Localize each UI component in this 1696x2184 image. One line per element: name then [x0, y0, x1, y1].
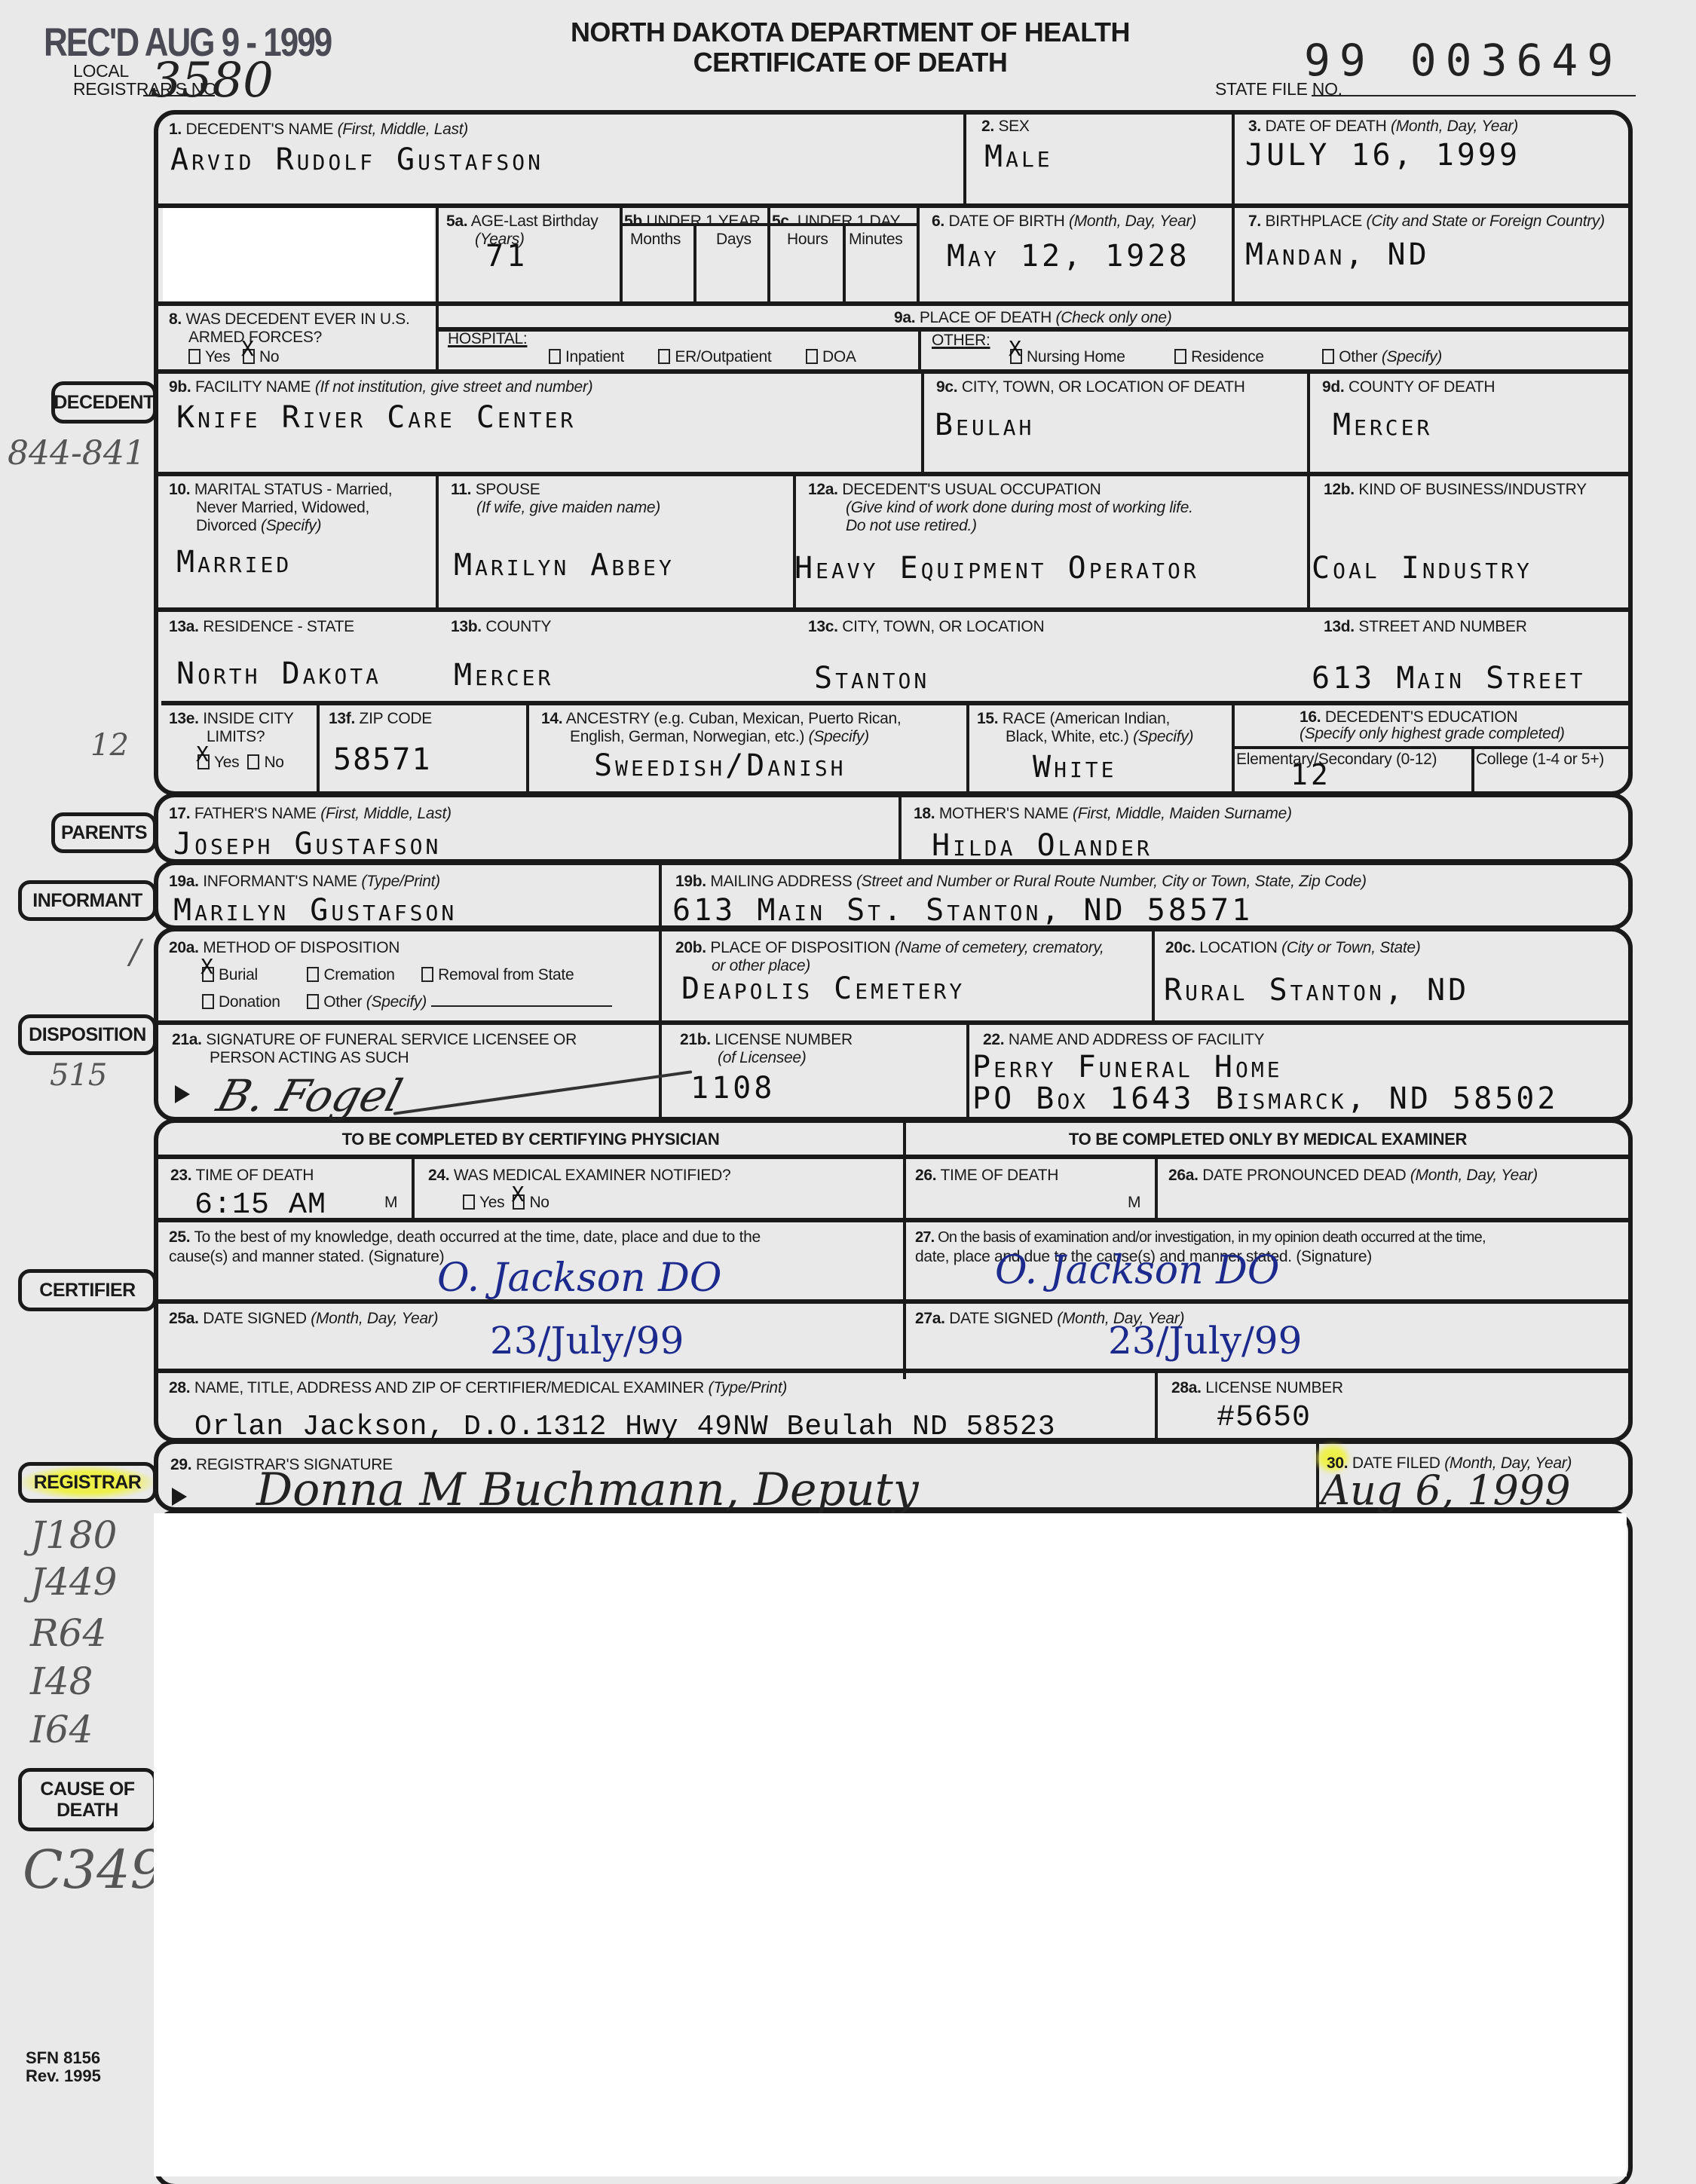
field-12a-label: 12a. DECEDENT'S USUAL OCCUPATION — [808, 481, 1101, 499]
zip-value: 58571 — [333, 743, 431, 776]
divider — [436, 475, 439, 610]
field-16-label: 16. DECEDENT'S EDUCATION — [1300, 708, 1517, 726]
field-28a-label: 28a. LICENSE NUMBER — [1171, 1379, 1343, 1397]
margin-code-5: I64 — [30, 1708, 93, 1751]
mother-name-value: Hilda Olander — [932, 829, 1153, 862]
facility-name-value: Knife River Care Center — [176, 401, 576, 434]
decedent-name: Arvid Rudolf Gustafson — [170, 143, 543, 176]
city-of-death-value: Beulah — [935, 408, 1034, 442]
divider — [158, 301, 1630, 306]
me-notified-options: Yes No — [463, 1194, 550, 1212]
registrar-arrow-icon — [172, 1488, 187, 1506]
examiner-signature[interactable]: O. Jackson DO — [995, 1248, 1279, 1293]
certifier-signature[interactable]: O. Jackson DO — [437, 1256, 721, 1301]
divider — [158, 472, 1630, 476]
funeral-licensee-signature[interactable]: B. Fogel — [212, 1070, 408, 1121]
field-1-label: 1. DECEDENT'S NAME (First, Middle, Last) — [169, 121, 468, 139]
redacted-cause-of-death — [154, 1513, 1627, 2176]
residence-county-value: Mercer — [454, 659, 553, 692]
residence-street-value: 613 Main Street — [1312, 662, 1585, 695]
field-8-label-1: 8. WAS DECEDENT EVER IN U.S. — [169, 310, 410, 329]
field-14-label-1: 14. ANCESTRY (e.g. Cuban, Mexican, Puert… — [541, 710, 901, 728]
disposition-options-row-2: Donation Other (Specify) — [202, 993, 612, 1011]
divider — [793, 475, 796, 610]
divider — [1471, 748, 1474, 793]
tag-cause-line-2: DEATH — [57, 1800, 118, 1821]
local-registrar-no: 3580 — [151, 53, 274, 109]
form-title-certificate: CERTIFICATE OF DEATH — [564, 47, 1137, 78]
father-name-value: Joseph Gustafson — [173, 827, 441, 861]
field-5a-label: 5a. AGE-Last Birthday — [446, 213, 598, 231]
field-9b-label: 9b. FACILITY NAME (If not institution, g… — [169, 378, 592, 396]
divider — [693, 225, 696, 303]
field-13b-label: 13b. COUNTY — [451, 618, 551, 636]
field-10-label-3: Divorced (Specify) — [196, 517, 321, 535]
form-number: SFN 8156 — [26, 2048, 100, 2068]
field-13d-label: 13d. STREET AND NUMBER — [1324, 618, 1527, 636]
field-13e-label-2: LIMITS? — [207, 728, 265, 746]
examiner-date-signed: 23/July/99 — [1108, 1319, 1302, 1363]
field-26a-label: 26a. DATE PRONOUNCED DEAD (Month, Day, Y… — [1168, 1167, 1538, 1185]
time-of-death-value: 6:15 AM — [194, 1189, 326, 1222]
local-registrar-label-1: LOCAL — [73, 62, 129, 80]
other-disposition-checkbox[interactable] — [307, 994, 319, 1009]
field-13a-label: 13a. RESIDENCE - STATE — [169, 618, 354, 636]
divider — [1152, 930, 1155, 1022]
cremation-checkbox[interactable] — [307, 967, 319, 982]
divider — [899, 796, 902, 861]
physician-heading: TO BE COMPLETED BY CERTIFYING PHYSICIAN — [158, 1130, 903, 1149]
funeral-facility-line-2: PO Box 1643 Bismarck, ND 58502 — [972, 1082, 1558, 1115]
inside-city-no-checkbox[interactable] — [247, 754, 259, 769]
donation-checkbox[interactable] — [202, 994, 214, 1009]
divider — [921, 372, 924, 475]
field-5c-minutes: Minutes — [849, 231, 902, 249]
armed-forces-options: Yes No — [188, 348, 279, 366]
field-23-m-suffix: M — [384, 1194, 397, 1212]
field-20b-label: 20b. PLACE OF DISPOSITION (Name of cemet… — [675, 939, 1104, 957]
divider — [843, 225, 846, 303]
field-25a-label: 25a. DATE SIGNED (Month, Day, Year) — [169, 1310, 438, 1328]
field-21a-label-1: 21a. SIGNATURE OF FUNERAL SERVICE LICENS… — [172, 1031, 577, 1049]
divider — [1232, 113, 1235, 303]
margin-note-education: 12 — [90, 728, 129, 763]
divider — [317, 704, 320, 794]
field-13c-label: 13c. CITY, TOWN, OR LOCATION — [808, 618, 1044, 636]
divider — [436, 206, 439, 372]
disposition-options-row-1: Burial Cremation Removal from State — [202, 966, 574, 984]
field-9d-label: 9d. COUNTY OF DEATH — [1322, 378, 1495, 396]
field-5b-months: Months — [630, 231, 681, 249]
field-9a-label: 9a. PLACE OF DEATH (Check only one) — [894, 309, 1171, 327]
margin-note-decedent: 844-841 — [8, 434, 145, 473]
margin-note-disposition: 515 — [50, 1058, 107, 1093]
inside-city-yes-checkbox[interactable] — [197, 754, 210, 769]
signature-arrow-icon — [175, 1085, 190, 1103]
field-26-label: 26. TIME OF DEATH — [915, 1167, 1058, 1185]
margin-code-3: R64 — [30, 1611, 106, 1655]
funeral-facility-line-1: Perry Funeral Home — [972, 1051, 1283, 1084]
field-12b-label: 12b. KIND OF BUSINESS/INDUSTRY — [1324, 481, 1587, 499]
state-file-underline — [1312, 95, 1636, 96]
divider — [1155, 1158, 1158, 1219]
armed-forces-yes-checkbox[interactable] — [188, 349, 201, 364]
divider — [158, 1369, 1630, 1373]
field-21b-label: 21b. LICENSE NUMBER — [680, 1031, 853, 1049]
field-13f-label: 13f. ZIP CODE — [329, 710, 432, 728]
field-26-m-suffix: M — [1128, 1194, 1140, 1212]
informant-address-value: 613 Main St. Stanton, ND 58571 — [672, 894, 1253, 927]
form-title-department: NORTH DAKOTA DEPARTMENT OF HEALTH — [564, 17, 1137, 48]
divider — [439, 327, 1630, 332]
field-18-label: 18. MOTHER'S NAME (First, Middle, Maiden… — [914, 805, 1292, 823]
me-notified-no-checkbox[interactable] — [513, 1194, 525, 1210]
field-16-elementary-label: Elementary/Secondary (0-12) — [1236, 751, 1437, 769]
field-5c-hours: Hours — [787, 231, 828, 249]
ancestry-value: Sweedish/Danish — [594, 749, 846, 782]
divider — [659, 930, 662, 1121]
disposition-place-value: Deapolis Cemetery — [681, 972, 965, 1005]
inside-city-options: Yes No — [197, 754, 284, 772]
divider — [412, 1158, 415, 1219]
burial-checkbox[interactable] — [202, 967, 214, 982]
other-place-checkbox[interactable] — [1322, 349, 1334, 364]
field-25-label-1: 25. To the best of my knowledge, death o… — [169, 1228, 761, 1246]
divider — [158, 369, 1630, 374]
field-12a-hint-2: Do not use retired.) — [846, 517, 977, 535]
field-6-label: 6. DATE OF BIRTH (Month, Day, Year) — [932, 213, 1196, 231]
certifier-date-signed: 23/July/99 — [490, 1319, 684, 1363]
field-19b-label: 19b. MAILING ADDRESS (Street and Number … — [675, 873, 1367, 891]
divider — [963, 113, 966, 206]
margin-note-tick: / — [130, 933, 141, 971]
field-27-label-1: 27. On the basis of examination and/or i… — [915, 1228, 1486, 1246]
residence-checkbox[interactable] — [1174, 349, 1186, 364]
divider — [1307, 372, 1310, 607]
field-11-label: 11. SPOUSE — [451, 481, 540, 499]
divider — [1232, 704, 1235, 794]
divider — [158, 1020, 1630, 1025]
field-25-label-2: cause(s) and manner stated. (Signature) — [169, 1248, 444, 1266]
field-14-label-2: English, German, Norwegian, etc.) (Speci… — [570, 728, 869, 746]
race-value: White — [1033, 751, 1117, 784]
field-10-label-1: 10. MARITAL STATUS - Married, — [169, 481, 392, 499]
field-7-label: 7. BIRTHPLACE (City and State or Foreign… — [1248, 213, 1605, 231]
date-filed-value: Aug 6, 1999 — [1321, 1467, 1571, 1514]
divider — [1155, 1372, 1158, 1441]
field-24-label: 24. WAS MEDICAL EXAMINER NOTIFIED? — [428, 1167, 730, 1185]
education-elementary-value: 12 — [1290, 758, 1331, 791]
hospital-options: Inpatient ER/Outpatient DOA — [549, 348, 856, 366]
divider — [158, 1155, 1630, 1159]
field-5b-label: 5b.UNDER 1 YEAR — [624, 213, 761, 231]
tag-disposition: DISPOSITION — [18, 1014, 157, 1055]
examiner-heading: TO BE COMPLETED ONLY BY MEDICAL EXAMINER — [906, 1130, 1630, 1149]
redacted-field — [163, 208, 434, 301]
industry-value: Coal Industry — [1312, 552, 1532, 585]
divider — [903, 1121, 906, 1379]
field-12a-hint-1: (Give kind of work done during most of w… — [846, 499, 1193, 517]
hospital-label: HOSPITAL: — [448, 330, 527, 348]
field-20c-label: 20c. LOCATION (City or Town, State) — [1165, 939, 1421, 957]
field-21b-hint: (of Licensee) — [718, 1049, 807, 1067]
field-22-label: 22. NAME AND ADDRESS OF FACILITY — [983, 1031, 1264, 1049]
field-16-hint: (Specify only highest grade completed) — [1300, 725, 1565, 743]
field-10-label-2: Never Married, Widowed, — [196, 499, 369, 517]
state-file-number: 99 003649 — [1304, 35, 1622, 86]
divider — [966, 704, 969, 794]
registrar-signature[interactable]: Donna M Buchmann, Deputy — [256, 1464, 919, 1516]
divider — [158, 1299, 1630, 1304]
margin-code-2: J449 — [30, 1560, 117, 1604]
divider — [966, 1022, 969, 1120]
field-21a-label-2: PERSON ACTING AS SUCH — [210, 1049, 409, 1067]
other-options: Nursing Home Residence Other (Specify) — [1010, 348, 1442, 366]
field-5c-label: 5c. UNDER 1 DAY — [772, 213, 900, 231]
occupation-value: Heavy Equipment Operator — [794, 552, 1199, 585]
divider — [917, 206, 920, 303]
informant-name-value: Marilyn Gustafson — [173, 894, 457, 927]
divider — [1232, 746, 1631, 749]
date-of-birth-value: May 12, 1928 — [947, 240, 1190, 273]
other-label: OTHER: — [932, 332, 990, 350]
divider — [918, 329, 921, 372]
county-of-death-value: Mercer — [1333, 408, 1432, 442]
divider — [158, 607, 1630, 612]
birthplace-value: Mandan, ND — [1245, 238, 1430, 271]
removal-checkbox[interactable] — [421, 967, 433, 982]
residence-state-value: North Dakota — [176, 657, 381, 690]
divider — [620, 206, 623, 303]
residence-city-value: Stanton — [814, 662, 929, 695]
field-8-label-2: ARMED FORCES? — [188, 329, 322, 347]
field-28-label: 28. NAME, TITLE, ADDRESS AND ZIP OF CERT… — [169, 1379, 787, 1397]
tag-decedent: DECEDENT — [51, 381, 157, 424]
field-9c-label: 9c. CITY, TOWN, OR LOCATION OF DEATH — [936, 378, 1245, 396]
certifier-info-value: Orlan Jackson, D.O.1312 Hwy 49NW Beulah … — [194, 1411, 1056, 1444]
er-outpatient-checkbox[interactable] — [658, 349, 670, 364]
disposition-location-value: Rural Stanton, ND — [1164, 974, 1469, 1007]
spouse-value: Marilyn Abbey — [454, 549, 675, 582]
field-19a-label: 19a. INFORMANT'S NAME (Type/Print) — [169, 873, 440, 891]
tag-cause-line-1: CAUSE OF — [40, 1779, 134, 1800]
funeral-license-value: 1108 — [690, 1072, 775, 1105]
margin-code-4: I48 — [30, 1659, 93, 1703]
certifier-license-value: #5650 — [1217, 1402, 1311, 1435]
armed-forces-no-checkbox[interactable] — [243, 349, 255, 364]
field-15-label-1: 15. RACE (American Indian, — [977, 710, 1170, 728]
tag-registrar: REGISTRAR — [18, 1462, 157, 1503]
divider — [659, 864, 662, 928]
margin-cause-code: C349 — [23, 1839, 164, 1901]
field-23-label: 23. TIME OF DEATH — [170, 1167, 314, 1185]
tag-informant: INFORMANT — [18, 880, 157, 921]
field-16-college-label: College (1-4 or 5+) — [1476, 751, 1604, 769]
margin-code-1: J180 — [30, 1513, 117, 1557]
local-registrar-underline — [143, 95, 215, 96]
field-13e-label-1: 13e. INSIDE CITY — [169, 710, 294, 728]
tag-certifier: CERTIFIER — [18, 1269, 157, 1311]
field-5b-days: Days — [716, 231, 752, 249]
form-revision: Rev. 1995 — [26, 2066, 101, 2086]
nursing-home-checkbox[interactable] — [1010, 349, 1022, 364]
other-disposition-line[interactable] — [431, 1005, 612, 1007]
divider — [526, 704, 529, 794]
field-17-label: 17. FATHER'S NAME (First, Middle, Last) — [169, 805, 452, 823]
marital-status-value: Married — [176, 546, 292, 579]
divider — [767, 206, 770, 303]
date-of-death-value: JULY 16, 1999 — [1245, 139, 1520, 172]
me-notified-yes-checkbox[interactable] — [463, 1194, 475, 1210]
divider — [161, 701, 1630, 705]
tag-parents: PARENTS — [51, 812, 157, 853]
field-11-hint: (If wife, give maiden name) — [476, 499, 660, 517]
tag-cause-of-death: CAUSE OF DEATH — [18, 1768, 157, 1831]
inpatient-checkbox[interactable] — [549, 349, 561, 364]
field-3-label: 3. DATE OF DEATH (Month, Day, Year) — [1248, 118, 1518, 136]
doa-checkbox[interactable] — [806, 349, 818, 364]
age-value: 71 — [485, 240, 528, 273]
field-2-label: 2. SEX — [981, 118, 1030, 136]
sex-value: Male — [984, 140, 1053, 173]
divider — [158, 1218, 1630, 1222]
field-15-label-2: Black, White, etc.) (Specify) — [1006, 728, 1193, 746]
